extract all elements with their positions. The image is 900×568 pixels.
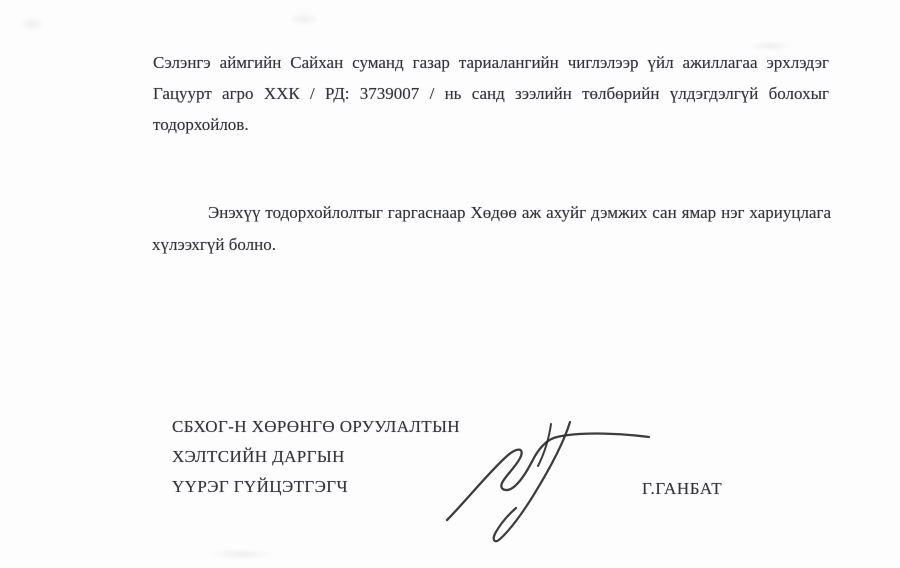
signatory-title-line: ҮҮРЭГ ГҮЙЦЭТГЭГЧ — [172, 472, 460, 502]
paragraph-line: Энэхүү тодорхойлолтыг гаргаснаар Хөдөө а… — [152, 197, 831, 229]
scanned-letter-page: Сэлэнгэ аймгийн Сайхан суманд газар тари… — [0, 0, 900, 568]
signer-name: Г.ГАНБАТ — [642, 474, 722, 504]
paragraph-line: хүлээхгүй болно. — [152, 229, 831, 261]
paragraph-line: тодорхойлов. — [153, 109, 829, 140]
paragraph-line: Гацуурт агро ХХК / РД: 3739007 / нь санд… — [153, 78, 829, 109]
scan-artifact — [18, 16, 46, 32]
paragraph-company-statement: Сэлэнгэ аймгийн Сайхан суманд газар тари… — [153, 47, 829, 140]
paragraph-disclaimer: Энэхүү тодорхойлолтыг гаргаснаар Хөдөө а… — [152, 197, 831, 261]
signatory-title-line: ХЭЛТСИЙН ДАРГЫН — [172, 442, 460, 472]
scan-artifact — [210, 548, 274, 560]
scan-artifact — [748, 40, 792, 52]
paragraph-line: Сэлэнгэ аймгийн Сайхан суманд газар тари… — [153, 47, 829, 78]
handwritten-signature-icon — [437, 408, 662, 553]
signatory-title-line: СБХОГ-Н ХӨРӨНГӨ ОРУУЛАЛТЫН — [172, 412, 460, 442]
signatory-title-block: СБХОГ-Н ХӨРӨНГӨ ОРУУЛАЛТЫН ХЭЛТСИЙН ДАРГ… — [172, 412, 460, 502]
scan-artifact — [288, 12, 320, 26]
